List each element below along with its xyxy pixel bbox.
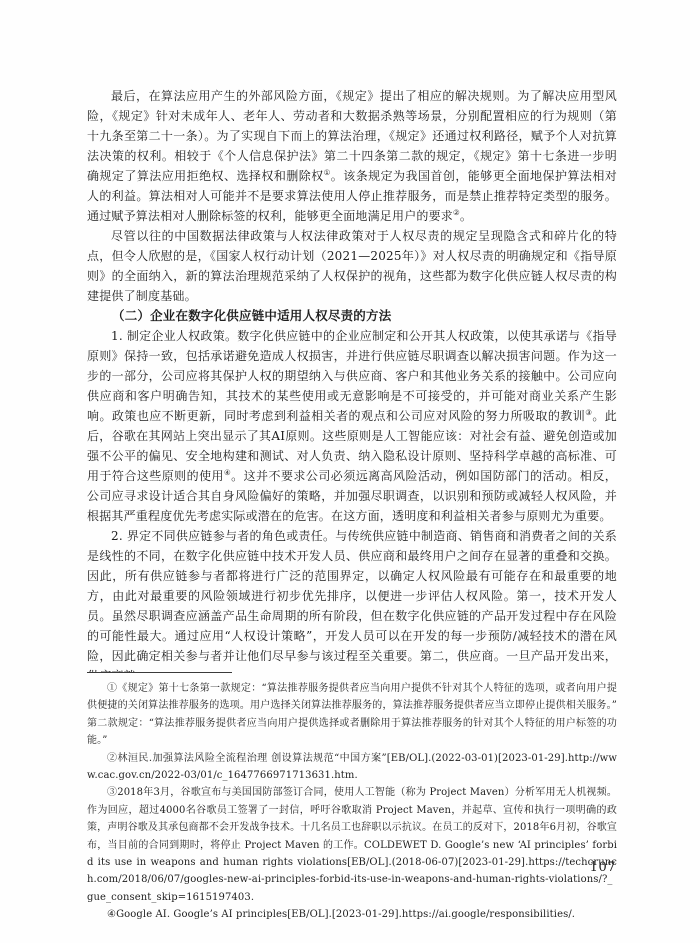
paragraph-supply-chain-roles: 2. 界定不同供应链参与者的角色或责任。与传统供应链中制造商、销售商和消费者之间… <box>87 526 617 672</box>
page-number: 107 <box>590 860 616 875</box>
document-page: 最后，在算法应用产生的外部风险方面，《规定》提出了相应的解决规则。为了解决应用型… <box>0 0 700 943</box>
footnote-2: ②林洹民.加强算法风险全流程治理 创设算法规范“中国方案”[EB/OL].(20… <box>87 750 617 785</box>
footnote-1: ①《规定》第十七条第一款规定：“算法推荐服务提供者应当向用户提供不针对其个人特征… <box>87 680 617 750</box>
main-text-column: 最后，在算法应用产生的外部风险方面，《规定》提出了相应的解决规则。为了解决应用型… <box>87 86 617 672</box>
paragraph-algorithm-rules: 最后，在算法应用产生的外部风险方面，《规定》提出了相应的解决规则。为了解决应用型… <box>87 86 617 226</box>
paragraph-policy-basis: 尽管以往的中国数据法律政策与人权法律政策对于人权尽责的规定呈现隐含式和碎片化的特… <box>87 226 617 306</box>
footnote-4: ④Google AI. Google’s AI principles[EB/OL… <box>87 906 617 923</box>
footnote-section: ①《规定》第十七条第一款规定：“算法推荐服务提供者应当向用户提供不针对其个人特征… <box>87 672 617 924</box>
footnote-divider <box>87 672 232 673</box>
section-heading: （二）企业在数字化供应链中适用人权尽责的方法 <box>87 306 617 326</box>
paragraph-human-rights-policy: 1. 制定企业人权政策。数字化供应链中的企业应制定和公开其人权政策，以使其承诺与… <box>87 326 617 526</box>
footnote-3: ③2018年3月，谷歌宣布与美国国防部签订合同，使用人工智能（称为 Projec… <box>87 784 617 906</box>
